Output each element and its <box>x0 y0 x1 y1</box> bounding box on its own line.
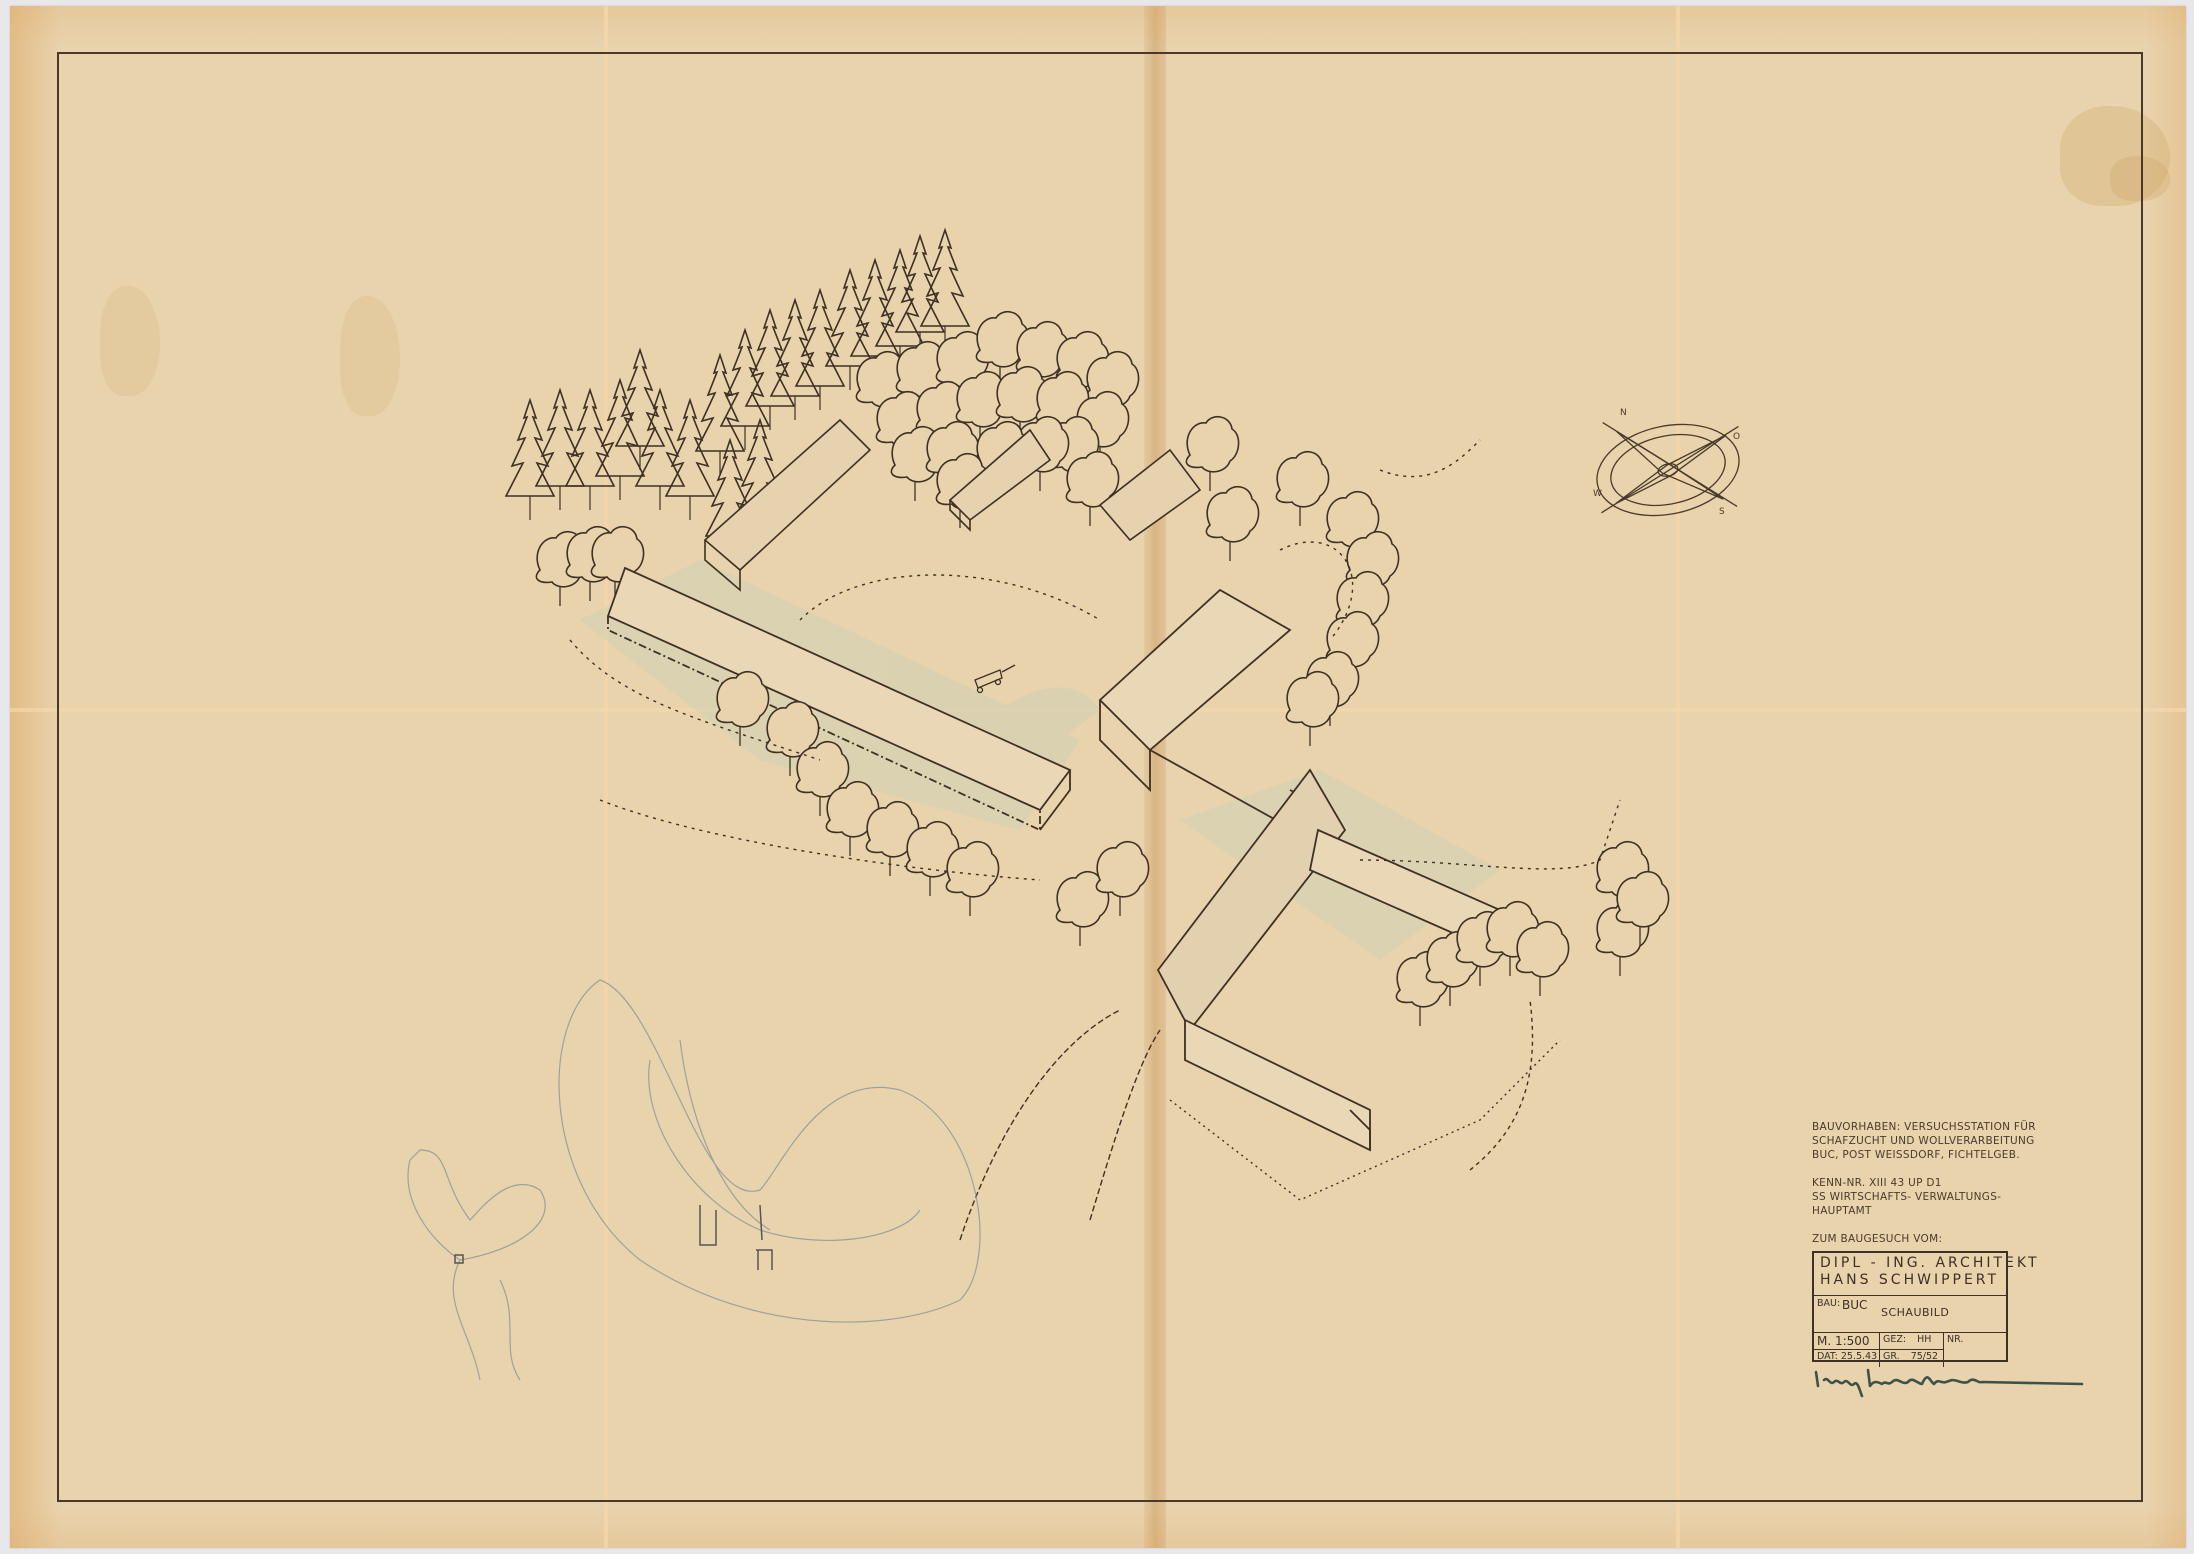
pencil-sketch-marks <box>455 1205 772 1270</box>
project-line-3: Buc, Post Weissdorf, Fichtelgeb. <box>1812 1148 2036 1162</box>
architect-title: DIPL - ING. ARCHITEKT <box>1820 1255 2000 1272</box>
architect-name: HANS SCHWIPPERT <box>1820 1272 2000 1289</box>
drawing-title: SCHAUBILD <box>1881 1306 1949 1319</box>
drawn-by-value: HH <box>1917 1334 1931 1345</box>
kenn-line-2: SS Wirtschafts- Verwaltungs- <box>1812 1190 2036 1204</box>
pencil-sketch-curves <box>408 980 980 1380</box>
compass-south: S <box>1719 507 1725 517</box>
compass-rose <box>1583 395 1755 534</box>
cart <box>975 665 1015 693</box>
compass-north: N <box>1620 408 1627 418</box>
drawn-by: GEZ: HH <box>1880 1333 1944 1350</box>
size-label: GR. <box>1883 1351 1900 1362</box>
kenn-line-1: Kenn-Nr. XIII 43 UP d1 <box>1812 1176 2036 1190</box>
bau-label: BAU: <box>1817 1298 1840 1309</box>
scale: M. 1:500 <box>1814 1333 1880 1350</box>
project-line-1: Bauvorhaben: Versuchsstation für <box>1812 1120 2036 1134</box>
title-block: DIPL - ING. ARCHITEKT HANS SCHWIPPERT BA… <box>1812 1251 2008 1362</box>
compass-west: W <box>1593 489 1602 499</box>
drawn-by-label: GEZ: <box>1883 1334 1906 1345</box>
architect-signature <box>1812 1362 2092 1398</box>
kenn-line-3: Hauptamt <box>1812 1204 2036 1218</box>
project-row: BAU: BUC SCHAUBILD <box>1814 1296 2006 1333</box>
size-value: 75/52 <box>1911 1351 1938 1362</box>
compass-east: O <box>1733 432 1740 442</box>
application-line: Zum Baugesuch vom: <box>1812 1232 2036 1246</box>
architect-header: DIPL - ING. ARCHITEKT HANS SCHWIPPERT <box>1814 1253 2006 1296</box>
bau-value: BUC <box>1842 1298 1867 1312</box>
project-line-2: Schafzucht und Wollverarbeitung <box>1812 1134 2036 1148</box>
project-notes: Bauvorhaben: Versuchsstation für Schafzu… <box>1812 1120 2036 1246</box>
